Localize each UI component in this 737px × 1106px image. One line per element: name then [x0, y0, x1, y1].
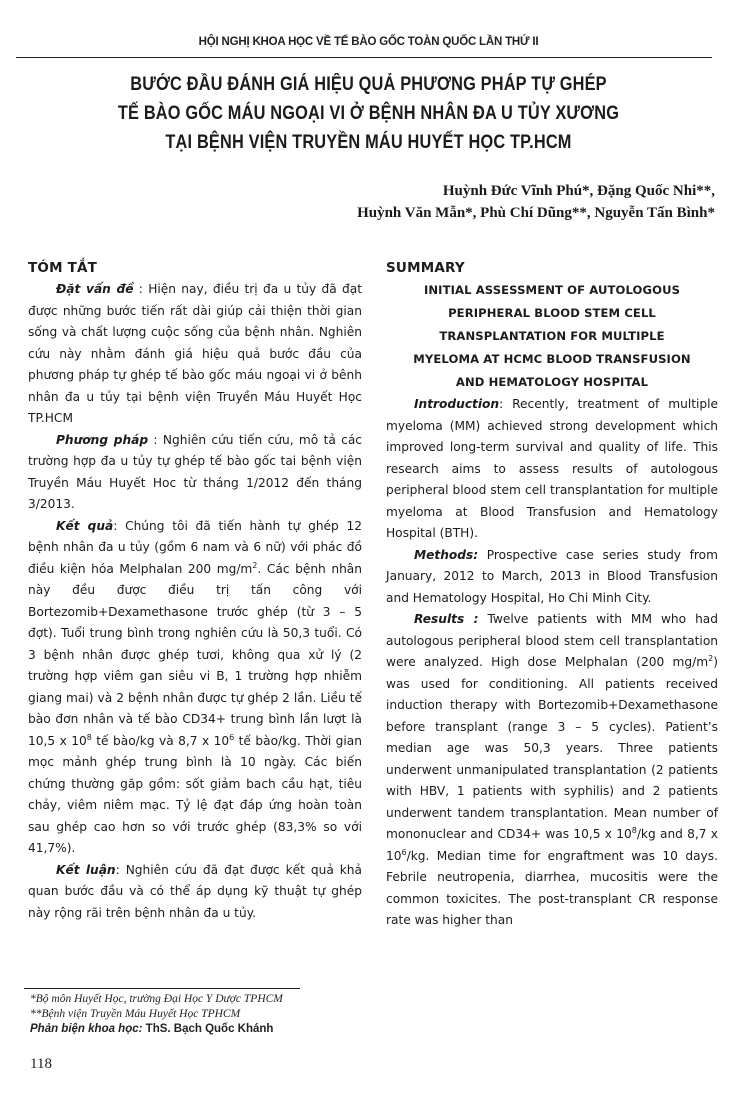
footnotes: *Bộ môn Huyết Học, trường Đại Học Y Dược…: [30, 992, 283, 1037]
section-heading-summary: SUMMARY: [386, 257, 718, 279]
header-rule: [16, 57, 712, 58]
paragraph-introduction: Introduction: Recently, treatment of mul…: [386, 394, 718, 545]
affiliation-footnote: **Bệnh viện Truyền Máu Huyết Học TPHCM: [30, 1007, 283, 1022]
paragraph-methods: Phương pháp : Nghiên cứu tiến cứu, mô tả…: [28, 430, 362, 516]
paragraph-methods-en: Methods: Prospective case series study f…: [386, 545, 718, 610]
abstract-english: SUMMARY INITIAL ASSESSMENT OF AUTOLOGOUS…: [386, 257, 718, 932]
article-title: BƯỚC ĐẦU ĐÁNH GIÁ HIỆU QUẢ PHƯƠNG PHÁP T…: [52, 70, 686, 157]
paragraph-text: Recently, treatment of multiple myeloma …: [386, 397, 718, 540]
english-title-line: AND HEMATOLOGY HOSPITAL: [386, 371, 718, 394]
paragraph-conclusion: Kết luận: Nghiên cứu đã đạt được kết quả…: [28, 860, 362, 925]
title-line: TẠI BỆNH VIỆN TRUYỀN MÁU HUYẾT HỌC TP.HC…: [52, 128, 686, 157]
affiliation-footnote: *Bộ môn Huyết Học, trường Đại Học Y Dược…: [30, 992, 283, 1007]
paragraph-text: Hiện nay, điều trị đa u tủy đã đạt được …: [28, 282, 362, 425]
abstract-vietnamese: TÓM TẮT Đặt vấn đề : Hiện nay, điều trị …: [28, 257, 362, 924]
paragraph-label: Kết quả: [56, 519, 113, 533]
running-header: HỘI NGHỊ KHOA HỌC VỀ TẾ BÀO GỐC TOÀN QUỐ…: [0, 36, 737, 48]
reviewer-label: Phản biện khoa học:: [30, 1023, 142, 1035]
paragraph-background: Đặt vấn đề : Hiện nay, điều trị đa u tủy…: [28, 279, 362, 430]
reviewer-note: Phản biện khoa học: ThS. Bạch Quốc Khánh: [30, 1022, 283, 1037]
paragraph-results-en: Results : Twelve patients with MM who ha…: [386, 609, 718, 932]
footnote-rule: [24, 988, 300, 989]
paragraph-label: Phương pháp: [56, 433, 148, 447]
author-line: Huỳnh Đức Vĩnh Phú*, Đặng Quốc Nhi**,: [357, 180, 715, 202]
paragraph-results: Kết quả: Chúng tôi đã tiến hành tự ghép …: [28, 516, 362, 860]
reviewer-name: ThS. Bạch Quốc Khánh: [142, 1023, 273, 1035]
paragraph-label: Methods:: [414, 548, 478, 562]
english-title-line: PERIPHERAL BLOOD STEM CELL: [386, 302, 718, 325]
paragraph-label: Introduction: [414, 397, 499, 411]
english-title-line: INITIAL ASSESSMENT OF AUTOLOGOUS: [386, 279, 718, 302]
paragraph-label: Results :: [414, 612, 478, 626]
journal-page: HỘI NGHỊ KHOA HỌC VỀ TẾ BÀO GỐC TOÀN QUỐ…: [0, 0, 737, 1106]
paragraph-label: Đặt vấn đề: [56, 282, 134, 296]
english-title-line: TRANSPLANTATION FOR MULTIPLE: [386, 325, 718, 348]
author-list: Huỳnh Đức Vĩnh Phú*, Đặng Quốc Nhi**, Hu…: [357, 180, 715, 224]
section-heading-tom-tat: TÓM TẮT: [28, 257, 362, 279]
title-line: BƯỚC ĐẦU ĐÁNH GIÁ HIỆU QUẢ PHƯƠNG PHÁP T…: [52, 70, 686, 99]
paragraph-label: Kết luận: [56, 863, 116, 877]
english-title: INITIAL ASSESSMENT OF AUTOLOGOUS PERIPHE…: [386, 279, 718, 394]
english-title-line: MYELOMA AT HCMC BLOOD TRANSFUSION: [386, 348, 718, 371]
author-line: Huỳnh Văn Mẫn*, Phù Chí Dũng**, Nguyễn T…: [357, 202, 715, 224]
page-number: 118: [30, 1056, 52, 1073]
title-line: TẾ BÀO GỐC MÁU NGOẠI VI Ở BỆNH NHÂN ĐA U…: [52, 99, 686, 128]
